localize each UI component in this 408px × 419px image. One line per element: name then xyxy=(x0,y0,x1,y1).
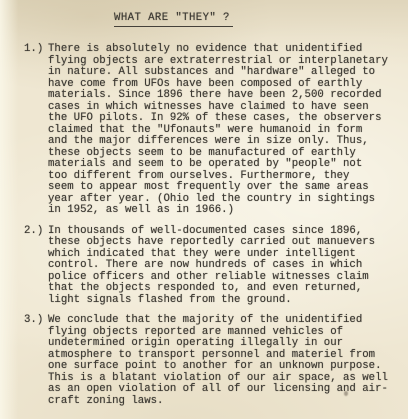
paragraph-list: 1.) There is absolutely no evidence that… xyxy=(24,44,398,407)
paragraph-3: 3.) We conclude that the majority of the… xyxy=(24,315,398,407)
paragraph-1-text: There is absolutely no evidence that uni… xyxy=(48,44,398,217)
page-title: WHAT ARE "THEY" ? xyxy=(114,13,233,27)
paragraph-3-number: 3.) xyxy=(24,315,48,407)
paragraph-2-text: In thousands of well-documented cases si… xyxy=(48,226,398,307)
document-page: WHAT ARE "THEY" ? 1.) There is absolutel… xyxy=(0,0,408,419)
paragraph-2-number: 2.) xyxy=(24,226,48,307)
title-row: WHAT ARE "THEY" ? xyxy=(24,13,398,25)
paragraph-1-number: 1.) xyxy=(24,44,48,217)
paragraph-2: 2.) In thousands of well-documented case… xyxy=(24,226,398,307)
paragraph-1: 1.) There is absolutely no evidence that… xyxy=(24,44,398,217)
scan-speck xyxy=(344,391,348,396)
